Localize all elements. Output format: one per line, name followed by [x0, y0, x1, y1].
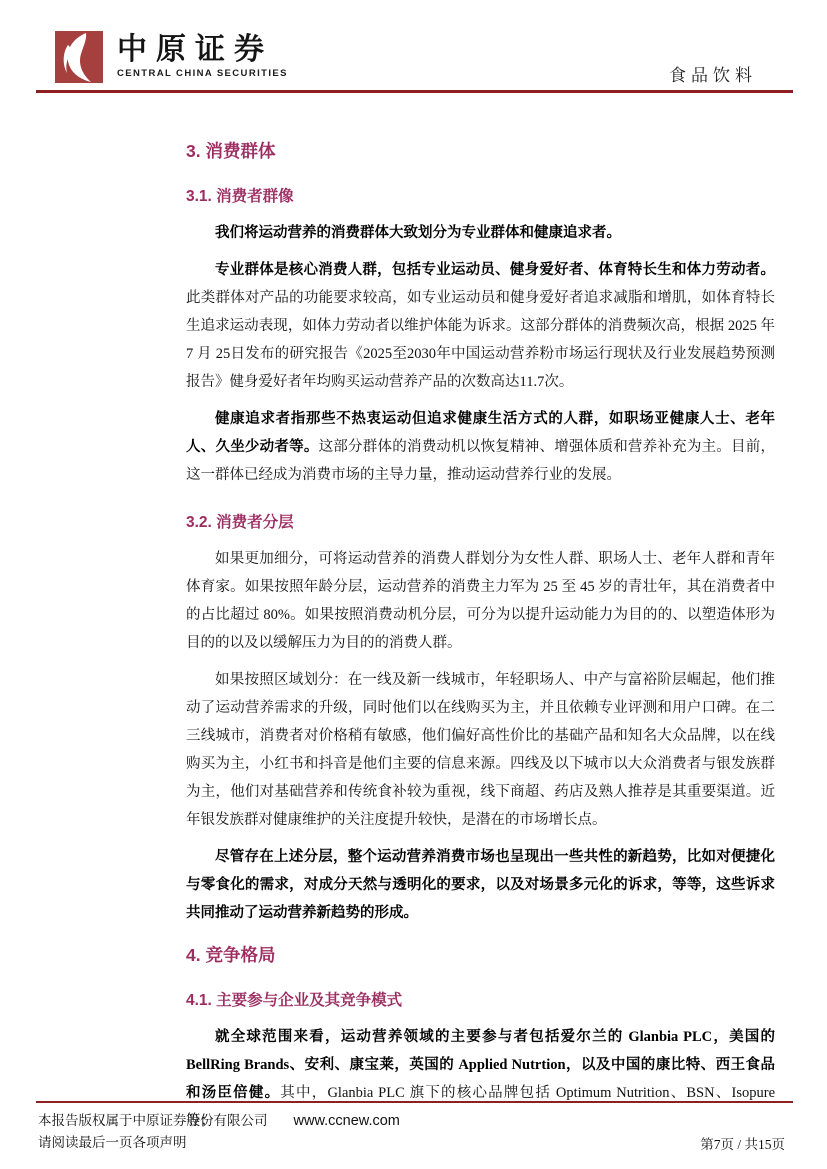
company-website: www.ccnew.com: [294, 1110, 400, 1132]
logo-text: 中原证券 CENTRAL CHINA SECURITIES: [117, 31, 288, 79]
report-page: { "header": { "brand_cn": "中原证券", "brand…: [0, 0, 827, 1169]
subsection-heading-4-1: 4.1. 主要参与企业及其竞争模式: [186, 991, 775, 1011]
paragraph: 如果按照区域划分：在一线及新一线城市，年轻职场人、中产与富裕阶层崛起，他们推动了…: [186, 666, 775, 834]
paragraph-bold-lead: 专业群体是核心消费人群，包括专业运动员、健身爱好者、体育特长生和体力劳动者。: [215, 262, 775, 278]
subsection-heading-3-1: 3.1. 消费者群像: [186, 187, 775, 207]
copyright-text: 本报告版权属于中原证券股份有限公司: [38, 1110, 268, 1132]
paragraph: 健康追求者指那些不热衷运动但追求健康生活方式的人群，如职场亚健康人士、老年人、久…: [186, 405, 775, 489]
section-heading-3: 3. 消费群体: [186, 139, 775, 163]
logo-swoosh-icon: [55, 31, 103, 83]
report-header: 中原证券 CENTRAL CHINA SECURITIES 食品饮料: [36, 0, 793, 93]
paragraph-text: 如果按照区域划分：在一线及新一线城市，年轻职场人、中产与富裕阶层崛起，他们推动了…: [186, 672, 775, 828]
industry-category-label: 食品饮料: [669, 61, 757, 86]
report-footer: 本报告版权属于中原证券股份有限公司 www.ccnew.com 请阅读最后一页各…: [36, 1101, 793, 1154]
paragraph: 专业群体是核心消费人群，包括专业运动员、健身爱好者、体育特长生和体力劳动者。此类…: [186, 256, 775, 396]
paragraph: 如果更加细分，可将运动营养的消费人群划分为女性人群、职场人士、老年人群和青年体育…: [186, 545, 775, 657]
paragraph-text: 此类群体对产品的功能要求较高，如专业运动员和健身爱好者追求减脂和增肌，如体育特长…: [186, 290, 775, 390]
brand-name-chinese: 中原证券: [117, 35, 288, 65]
report-body: 3. 消费群体 3.1. 消费者群像 我们将运动营养的消费群体大致划分为专业群体…: [186, 93, 775, 1144]
paragraph-bold-lead: 尽管存在上述分层，整个运动营养消费市场也呈现出一些共性的新趋势，比如对便捷化与零…: [186, 849, 775, 921]
section-heading-4: 4. 竞争格局: [186, 943, 775, 967]
paragraph: 尽管存在上述分层，整个运动营养消费市场也呈现出一些共性的新趋势，比如对便捷化与零…: [186, 843, 775, 927]
disclaimer-text: 请阅读最后一页各项声明: [38, 1132, 400, 1154]
footer-legal: 本报告版权属于中原证券股份有限公司 www.ccnew.com 请阅读最后一页各…: [36, 1110, 400, 1154]
subsection-heading-3-2: 3.2. 消费者分层: [186, 513, 775, 533]
brand-name-english: CENTRAL CHINA SECURITIES: [117, 68, 288, 79]
page-number: 第7页 / 共15页: [700, 1133, 793, 1154]
paragraph-text: 如果更加细分，可将运动营养的消费人群划分为女性人群、职场人士、老年人群和青年体育…: [186, 551, 775, 651]
paragraph: 我们将运动营养的消费群体大致划分为专业群体和健康追求者。: [186, 219, 775, 247]
paragraph-bold-lead: 我们将运动营养的消费群体大致划分为专业群体和健康追求者。: [215, 225, 621, 241]
company-logo: 中原证券 CENTRAL CHINA SECURITIES: [55, 31, 288, 83]
